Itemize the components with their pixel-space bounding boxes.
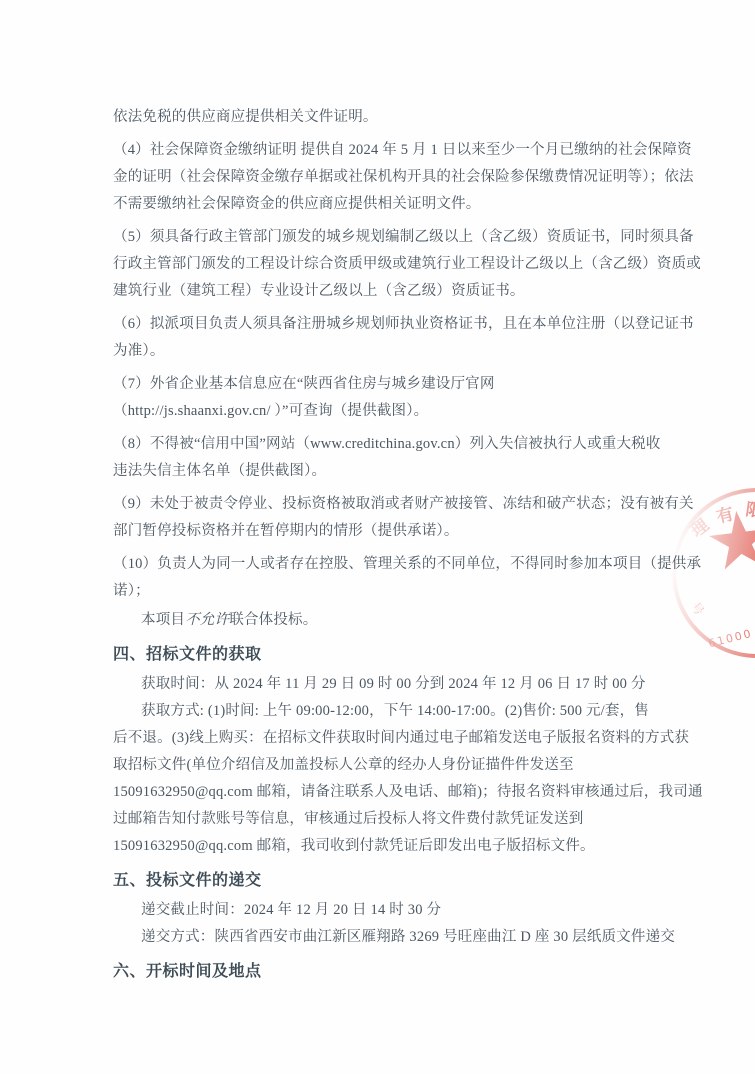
body-line: 依法免税的供应商应提供相关文件证明。: [113, 104, 661, 131]
body-line: 金的证明（社会保障资金缴存单据或社保机构开具的社会保险参保缴费情况证明等）；依法: [113, 164, 661, 191]
star-icon: ★: [700, 492, 755, 590]
body-line-item4: （4）社会保障资金缴纳证明 提供自 2024 年 5 月 1 日以来至少一个月已…: [113, 137, 661, 164]
body-line-email: 15091632950@qq.com 邮箱，请备注联系人及电话、邮箱)；待报名资…: [113, 779, 661, 806]
body-line-item7: （7）外省企业基本信息应在“陕西省住房与城乡建设厅官网: [113, 371, 661, 398]
body-line-item8: （8）不得被“信用中国”网站（www.creditchina.gov.cn）列入…: [113, 431, 661, 458]
joint-bid-not-allowed: 不允许: [185, 612, 229, 628]
body-line-item6: （6）拟派项目负责人须具备注册城乡规划师执业资格证书，且在本单位注册（以登记证书: [113, 311, 661, 338]
obtain-method-line: 获取方式: (1)时间: 上午 09:00-12:00，下午 14:00-17:…: [113, 698, 661, 725]
body-line: 不需要缴纳社会保障资金的供应商应提供相关证明文件。: [113, 191, 661, 218]
body-line: （http://js.shaanxi.gov.cn/ ）”可查询（提供截图）。: [113, 398, 661, 425]
body-line-item5: （5）须具备行政主管部门颁发的城乡规划编制乙级以上（含乙级）资质证书，同时须具备: [113, 224, 661, 251]
obtain-time-line: 获取时间：从 2024 年 11 月 29 日 09 时 00 分到 2024 …: [113, 671, 661, 698]
joint-bid-statement: 本项目不允许联合体投标。: [113, 607, 661, 634]
joint-bid-prefix: 本项目: [141, 612, 185, 628]
submit-method-line: 递交方式：陕西省西安市曲江新区雁翔路 3269 号旺座曲江 D 座 30 层纸质…: [113, 924, 661, 951]
body-line: 取招标文件(单位介绍信及加盖投标人公章的经办人身份证描件件发送至: [113, 752, 661, 779]
body-line: 行政主管部门颁发的工程设计综合资质甲级或建筑行业工程设计乙级以上（含乙级）资质或: [113, 251, 661, 278]
section4-heading: 四、招标文件的获取: [113, 641, 661, 668]
body-line-item9: （9）未处于被责令停业、投标资格被取消或者财产被接管、冻结和破产状态；没有被有关: [113, 491, 661, 518]
body-line: 为准）。: [113, 338, 661, 365]
joint-bid-suffix: 联合体投标。: [229, 612, 317, 628]
section5-heading: 五、投标文件的递交: [113, 867, 661, 894]
body-line: 违法失信主体名单（提供截图）。: [113, 458, 661, 485]
body-line: 后不退。(3)线上购买：在招标文件获取时间内通过电子邮箱发送电子版报名资料的方式…: [113, 725, 661, 752]
section6-heading: 六、开标时间及地点: [113, 958, 661, 985]
body-line: 诺）；: [113, 578, 661, 605]
official-seal: 理 有 限 ★ 号 61000: [672, 488, 755, 658]
body-line: 部门暂停投标资格并在暂停期内的情形（提供承诺）。: [113, 518, 661, 545]
document-content: 依法免税的供应商应提供相关文件证明。 （4）社会保障资金缴纳证明 提供自 202…: [113, 104, 661, 988]
body-line: 建筑行业（建筑工程）专业设计乙级以上（含乙级）资质证书。: [113, 278, 661, 305]
body-line-email: 15091632950@qq.com 邮箱，我司收到付款凭证后即发出电子版招标文…: [113, 833, 661, 860]
body-line: 过邮箱告知付款账号等信息，审核通过后投标人将文件费付款凭证发送到: [113, 806, 661, 833]
document-page: 依法免税的供应商应提供相关文件证明。 （4）社会保障资金缴纳证明 提供自 202…: [0, 0, 755, 1074]
submit-deadline-line: 递交截止时间：2024 年 12 月 20 日 14 时 30 分: [113, 897, 661, 924]
body-line-item10: （10）负责人为同一人或者存在控股、管理关系的不同单位，不得同时参加本项目（提供…: [113, 551, 661, 578]
